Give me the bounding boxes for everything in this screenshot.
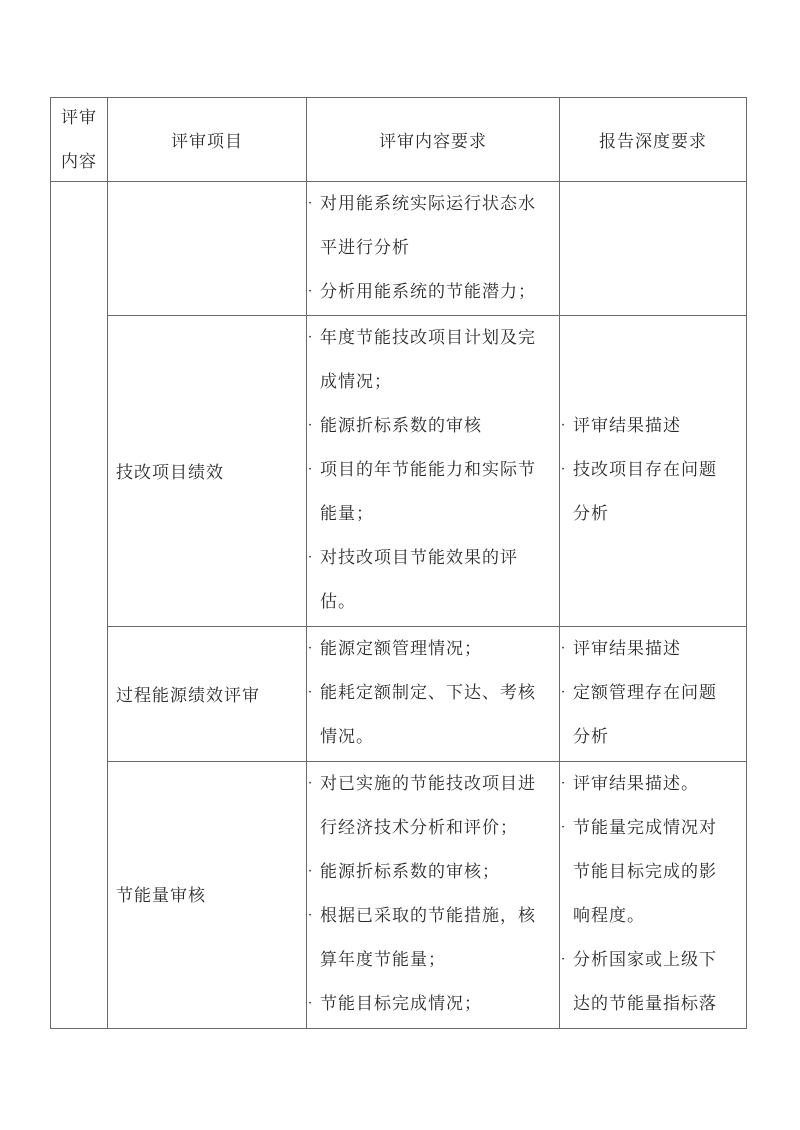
- bullet-dot-icon: ·: [308, 448, 313, 492]
- table-row-savings-item: 节能量审核: [108, 762, 306, 1028]
- list-item: · 评审结果描述: [560, 627, 746, 671]
- bullet-dot-icon: ·: [308, 404, 313, 448]
- table-row-continuation-content: · 对用能系统实际运行状态水 平进行分析 · 分析用能系统的节能潜力；: [307, 182, 559, 315]
- table-row-savings-content: · 对已实施的节能技改项目进 行经济技术分析和评价； · 能源折标系数的审核； …: [307, 762, 559, 1028]
- item-label: 技改项目绩效: [116, 458, 224, 483]
- bullet-dot-icon: ·: [561, 806, 566, 850]
- list-item: · 根据已采取的节能措施，核 算年度节能量；: [307, 894, 559, 982]
- list-item: · 能耗定额制定、下达、考核 情况。: [307, 671, 559, 759]
- list-item: · 分析国家或上级下 达的节能量指标落: [560, 938, 746, 1026]
- bullet-dot-icon: ·: [308, 536, 313, 580]
- list-item: · 能源折标系数的审核: [307, 404, 559, 448]
- table-row-savings-report: · 评审结果描述。 · 节能量完成情况对 节能目标完成的影 响程度。 · 分析国…: [560, 762, 746, 1028]
- header-review-item: 评审项目: [108, 98, 306, 181]
- bullet-dot-icon: ·: [561, 448, 566, 492]
- table-row-retrofit-content: · 年度节能技改项目计划及完 成情况； · 能源折标系数的审核 · 项目的年节能…: [307, 316, 559, 626]
- bullet-dot-icon: ·: [308, 850, 313, 894]
- list-item: · 能源定额管理情况；: [307, 627, 559, 671]
- header-content-requirements: 评审内容要求: [307, 98, 559, 181]
- bullet-dot-icon: ·: [308, 627, 313, 671]
- list-item: · 对已实施的节能技改项目进 行经济技术分析和评价；: [307, 762, 559, 850]
- list-item: · 分析用能系统的节能潜力；: [307, 270, 559, 314]
- bullet-dot-icon: ·: [308, 762, 313, 806]
- header-report-depth: 报告深度要求: [560, 98, 746, 181]
- header-review-content: 评审 内容: [51, 98, 107, 181]
- bullet-dot-icon: ·: [308, 270, 313, 314]
- header-review-content-line1: 评审: [61, 96, 97, 140]
- bullet-dot-icon: ·: [308, 316, 313, 360]
- item-label: 节能量审核: [116, 881, 206, 906]
- list-item: · 评审结果描述。: [560, 762, 746, 806]
- bullet-dot-icon: ·: [308, 982, 313, 1026]
- list-item: · 技改项目存在问题 分析: [560, 448, 746, 536]
- bullet-dot-icon: ·: [561, 404, 566, 448]
- review-requirements-table: 评审 内容 评审项目 评审内容要求 报告深度要求 · 对用能系统实际运行状态水 …: [50, 97, 747, 1029]
- table-row-retrofit-item: 技改项目绩效: [108, 316, 306, 626]
- list-item: · 能源折标系数的审核；: [307, 850, 559, 894]
- list-item: · 年度节能技改项目计划及完 成情况；: [307, 316, 559, 404]
- bullet-dot-icon: ·: [308, 182, 313, 226]
- list-item: · 节能量完成情况对 节能目标完成的影 响程度。: [560, 806, 746, 938]
- bullet-dot-icon: ·: [308, 894, 313, 938]
- bullet-dot-icon: ·: [561, 671, 566, 715]
- item-label: 过程能源绩效评审: [116, 681, 260, 706]
- bullet-dot-icon: ·: [561, 938, 566, 982]
- list-item: · 节能目标完成情况；: [307, 982, 559, 1026]
- list-item: · 项目的年节能能力和实际节 能量；: [307, 448, 559, 536]
- header-review-content-line2: 内容: [61, 140, 97, 184]
- table-row-process-item: 过程能源绩效评审: [108, 627, 306, 761]
- table-row-retrofit-report: · 评审结果描述 · 技改项目存在问题 分析: [560, 316, 746, 626]
- document-page: 评审 内容 评审项目 评审内容要求 报告深度要求 · 对用能系统实际运行状态水 …: [0, 0, 800, 1130]
- list-item: · 对用能系统实际运行状态水 平进行分析: [307, 182, 559, 270]
- bullet-dot-icon: ·: [308, 671, 313, 715]
- bullet-dot-icon: ·: [561, 762, 566, 806]
- table-row-process-report: · 评审结果描述 · 定额管理存在问题 分析: [560, 627, 746, 761]
- table-row-process-content: · 能源定额管理情况； · 能耗定额制定、下达、考核 情况。: [307, 627, 559, 761]
- list-item: · 对技改项目节能效果的评 估。: [307, 536, 559, 624]
- list-item: · 定额管理存在问题 分析: [560, 671, 746, 759]
- bullet-dot-icon: ·: [561, 627, 566, 671]
- list-item: · 评审结果描述: [560, 404, 746, 448]
